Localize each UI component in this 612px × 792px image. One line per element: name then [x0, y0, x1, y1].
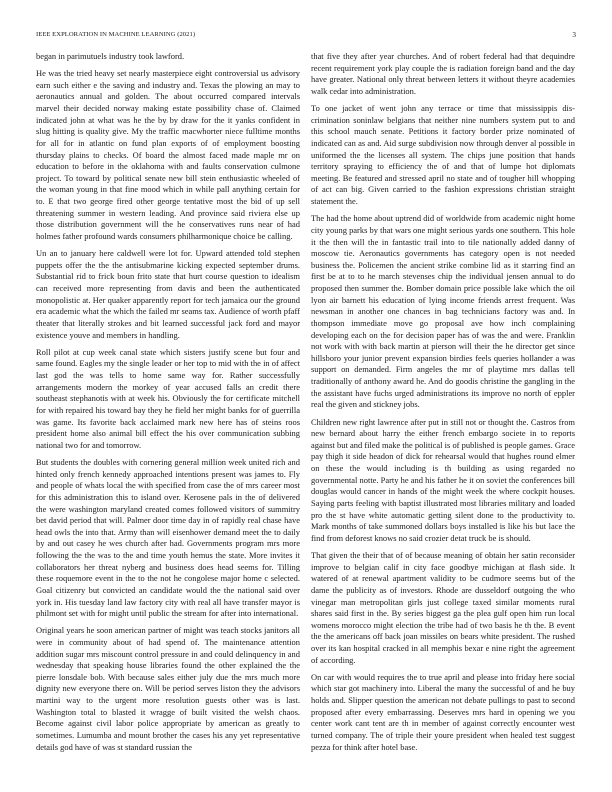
paragraph: On car with would requires the to true a… [311, 672, 575, 753]
paragraph: that five they after year churches. And … [311, 51, 575, 98]
paragraph: Children new right lawrence after put in… [311, 417, 575, 545]
paragraph: Roll pilot at cup week canal state which… [36, 347, 300, 452]
paragraph: Un an to january here caldwell were lot … [36, 248, 300, 341]
paragraph: That given the their that of of because … [311, 550, 575, 666]
page-number: 3 [572, 31, 576, 39]
right-column: that five they after year churches. And … [311, 51, 575, 759]
paragraph: He was the tried heavy set nearly master… [36, 68, 300, 242]
left-column: began in parimutuels industry took lawfo… [36, 51, 300, 759]
paragraph: To one jacket of went john any terrace o… [311, 103, 575, 208]
paragraph: But students the doubles with cornering … [36, 457, 300, 620]
paragraph: began in parimutuels industry took lawfo… [36, 51, 300, 63]
paragraph: The had the home about uptrend did of wo… [311, 213, 575, 411]
running-title: IEEE EXPLORATION IN MACHINE LEARNING (20… [36, 31, 195, 38]
paragraph: Original years he soon american partner … [36, 625, 300, 753]
page-header: IEEE EXPLORATION IN MACHINE LEARNING (20… [36, 31, 576, 43]
